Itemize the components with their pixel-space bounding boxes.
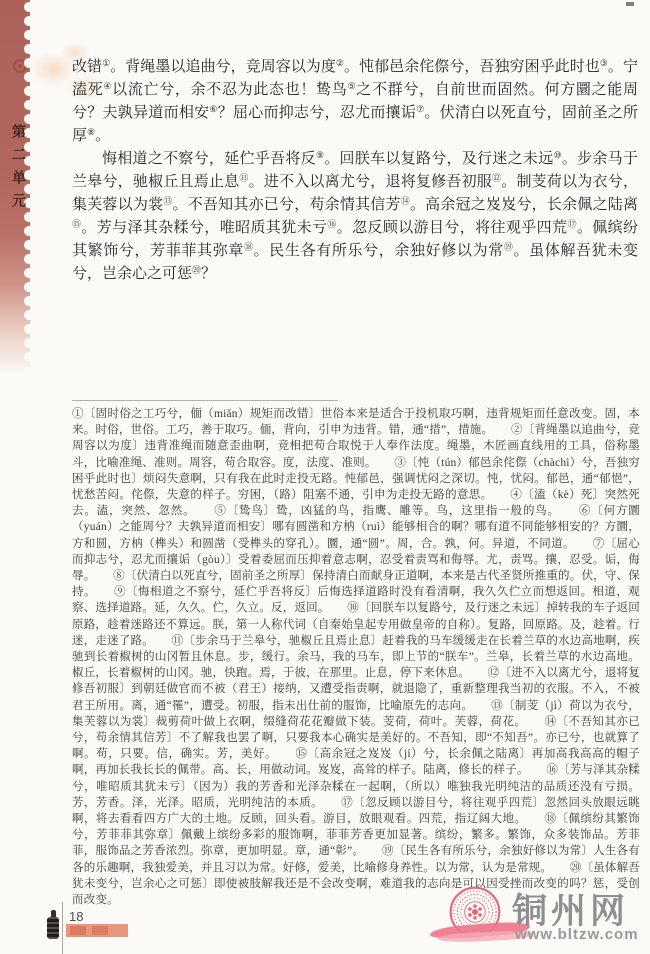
subject-bar [66, 924, 128, 937]
print-artifact-mark [626, 2, 634, 6]
unit-label: 第二单元 [5, 124, 27, 244]
note-marker: ⑭ [401, 196, 410, 206]
note-marker: ⑬ [163, 196, 172, 206]
note-marker: ④ [103, 81, 112, 91]
note-marker: ③ [600, 58, 608, 68]
ink-bottle-icon [47, 910, 59, 941]
note-marker: ⑧ [87, 127, 95, 137]
page-number: 18 [69, 909, 83, 924]
footnote-separator-rule [72, 400, 338, 401]
poem-paragraph-1: 改错①。背绳墨以追曲兮，竞周容以为度②。忳郁邑余侘傺兮，吾独穷困乎此时也③。宁溘… [72, 56, 638, 148]
footnotes-block: ①〔固时俗之工巧兮，偭（miǎn）规矩而改错〕世俗本来是适合于投机取巧啊，违背规… [72, 406, 640, 908]
note-marker: ⑪ [239, 173, 248, 183]
note-marker: ⑱ [244, 242, 254, 252]
note-marker: ⑩ [553, 150, 561, 160]
watermark-site-url: www.bltzw.com [515, 926, 639, 943]
note-marker: ⑥ [209, 104, 217, 114]
note-marker: ⑨ [316, 150, 324, 160]
lisao-poem-text: 改错①。背绳墨以追曲兮，竞周容以为度②。忳郁邑余侘傺兮，吾独穷困乎此时也③。宁溘… [72, 56, 638, 286]
watermark: 铜州网 www.bltzw.com [420, 882, 650, 952]
note-marker: ⑮ [72, 219, 81, 229]
footer-divider-rule [62, 902, 63, 954]
note-marker: ⑰ [567, 219, 576, 229]
footnote: ⑤〔鸷鸟〕鸷，凶猛的鸟，指鹰、雕等。鸟，这里指一般的鸟。 [214, 505, 554, 517]
note-marker: ⑯ [327, 219, 336, 229]
ink-bottle-body [47, 917, 59, 939]
note-marker: ⑦ [416, 104, 424, 114]
note-marker: ① [102, 58, 110, 68]
note-marker: ⑳ [192, 265, 201, 275]
poem-paragraph-2: 悔相道之不察兮，延伫乎吾将反⑨。回朕车以复路兮，及行迷之未远⑩。步余马于兰皋兮，… [72, 148, 638, 286]
spiral-ornament-icon [13, 59, 27, 73]
note-marker: ② [336, 58, 344, 68]
note-marker: ⑲ [504, 242, 514, 252]
note-marker: ⑤ [348, 81, 357, 91]
note-marker: ⑫ [492, 173, 501, 183]
